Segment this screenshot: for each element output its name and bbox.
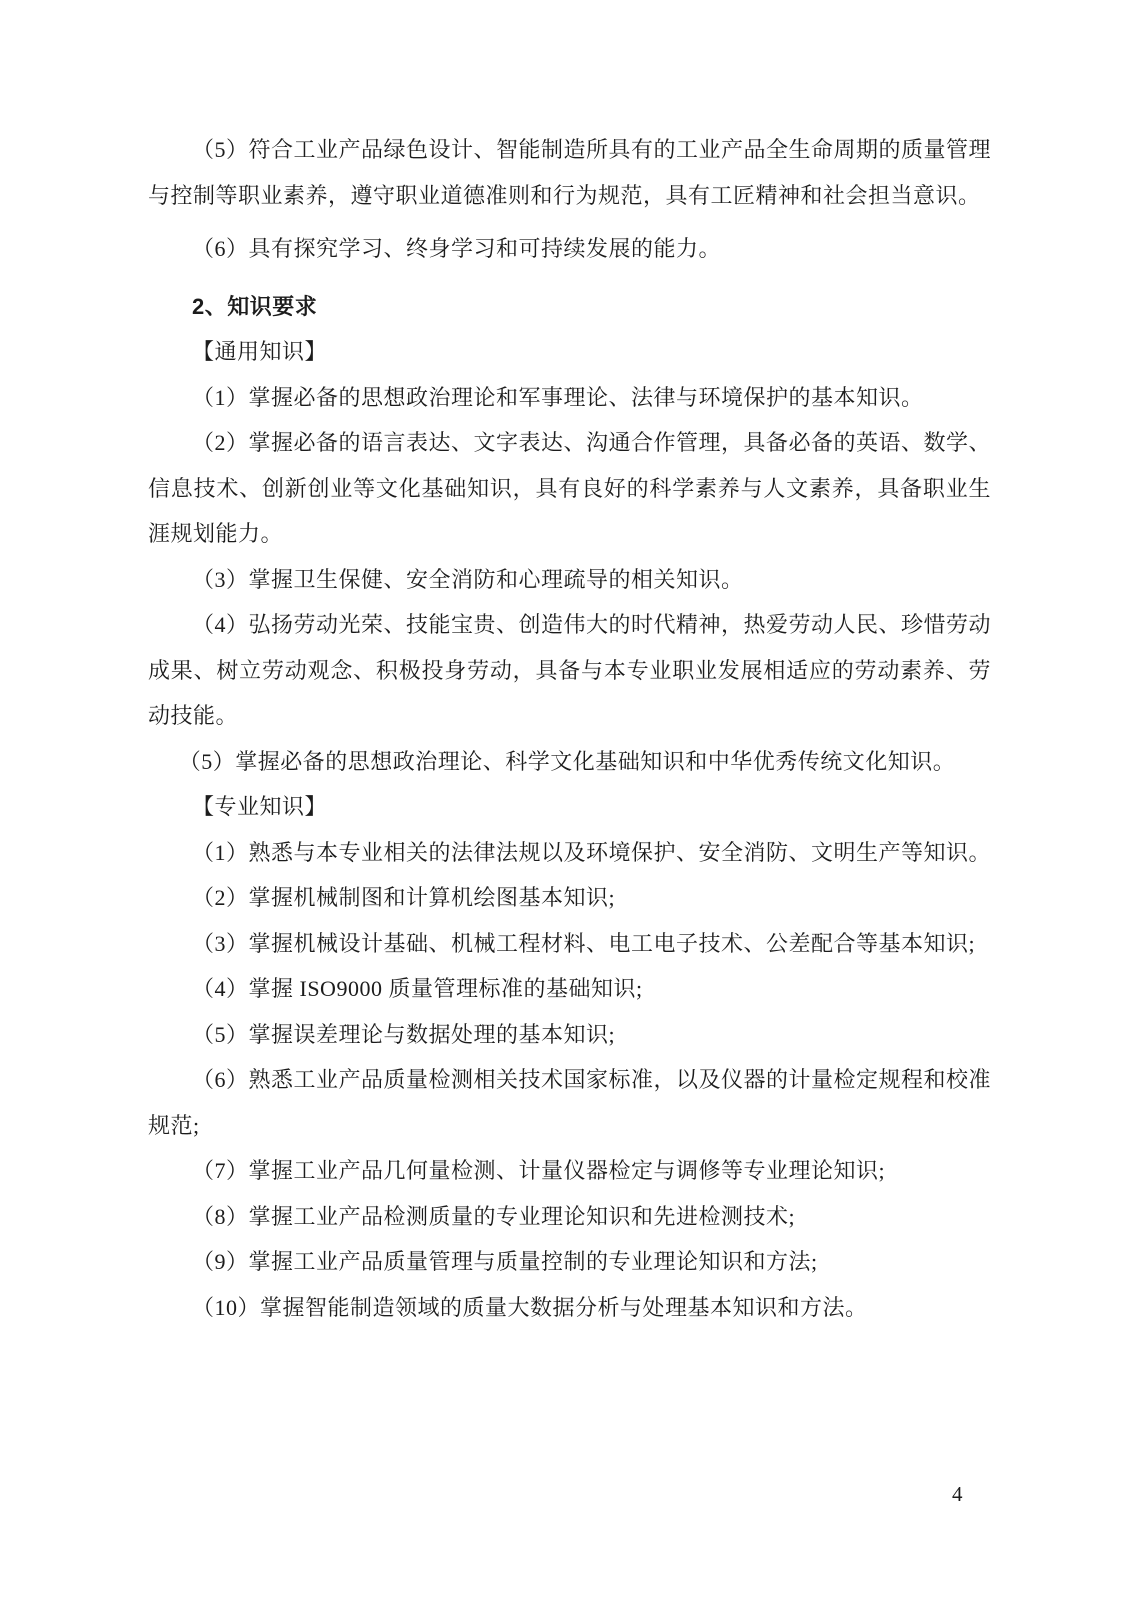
document-page: （5）符合工业产品绿色设计、智能制造所具有的工业产品全生命周期的质量管理与控制等…: [0, 0, 1132, 1600]
paragraph-quality-trait-5: （5）符合工业产品绿色设计、智能制造所具有的工业产品全生命周期的质量管理与控制等…: [148, 127, 991, 218]
paragraph-general-knowledge-5: （5）掌握必备的思想政治理论、科学文化基础知识和中华优秀传统文化知识。: [148, 739, 991, 785]
paragraph-professional-knowledge-7: （7）掌握工业产品几何量检测、计量仪器检定与调修等专业理论知识;: [148, 1148, 991, 1194]
paragraph-general-knowledge-2: （2）掌握必备的语言表达、文字表达、沟通合作管理，具备必备的英语、数学、信息技术…: [148, 420, 991, 557]
paragraph-general-knowledge-1: （1）掌握必备的思想政治理论和军事理论、法律与环境保护的基本知识。: [148, 375, 991, 421]
section-heading-knowledge-requirements: 2、知识要求: [148, 284, 991, 330]
paragraph-professional-knowledge-1: （1）熟悉与本专业相关的法律法规以及环境保护、安全消防、文明生产等知识。: [148, 830, 991, 876]
paragraph-professional-knowledge-2: （2）掌握机械制图和计算机绘图基本知识;: [148, 875, 991, 921]
page-number: 4: [952, 1481, 992, 1507]
paragraph-quality-trait-6: （6）具有探究学习、终身学习和可持续发展的能力。: [148, 226, 991, 272]
paragraph-professional-knowledge-5: （5）掌握误差理论与数据处理的基本知识;: [148, 1012, 991, 1058]
paragraph-professional-knowledge-3: （3）掌握机械设计基础、机械工程材料、电工电子技术、公差配合等基本知识;: [148, 921, 991, 967]
label-professional-knowledge: 【专业知识】: [148, 784, 991, 830]
paragraph-general-knowledge-4: （4）弘扬劳动光荣、技能宝贵、创造伟大的时代精神，热爱劳动人民、珍惜劳动成果、树…: [148, 602, 991, 739]
paragraph-professional-knowledge-4: （4）掌握 ISO9000 质量管理标准的基础知识;: [148, 966, 991, 1012]
paragraph-professional-knowledge-6: （6）熟悉工业产品质量检测相关技术国家标准，以及仪器的计量检定规程和校准规范;: [148, 1057, 991, 1148]
label-general-knowledge: 【通用知识】: [148, 329, 991, 375]
paragraph-general-knowledge-3: （3）掌握卫生保健、安全消防和心理疏导的相关知识。: [148, 557, 991, 603]
document-body: （5）符合工业产品绿色设计、智能制造所具有的工业产品全生命周期的质量管理与控制等…: [148, 127, 991, 1330]
paragraph-professional-knowledge-8: （8）掌握工业产品检测质量的专业理论知识和先进检测技术;: [148, 1194, 991, 1240]
paragraph-professional-knowledge-10: （10）掌握智能制造领域的质量大数据分析与处理基本知识和方法。: [148, 1285, 991, 1331]
paragraph-professional-knowledge-9: （9）掌握工业产品质量管理与质量控制的专业理论知识和方法;: [148, 1239, 991, 1285]
